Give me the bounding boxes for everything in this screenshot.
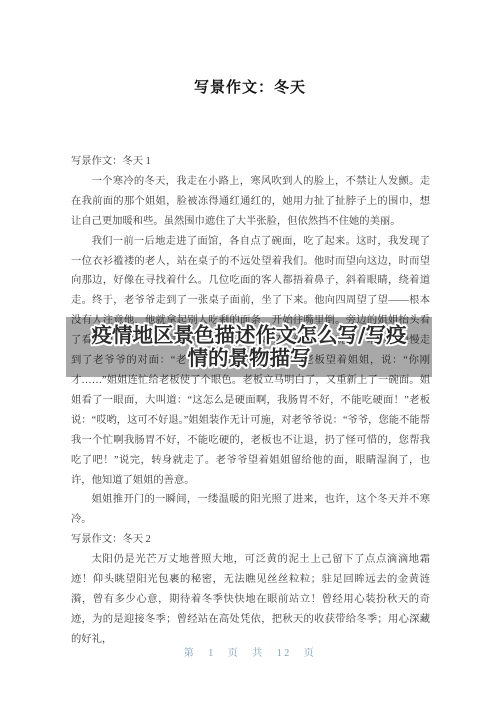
section-heading-1: 写景作文：冬天 1 xyxy=(71,152,430,172)
watermark-title-line1: 疫情地区景色描述作文怎么写/写疫 xyxy=(92,324,407,347)
paragraph: 姐姐推开门的一瞬间，一缕温暖的阳光照了进来，也许，这个冬天并不寒冷。 xyxy=(71,490,430,530)
document-body: 写景作文：冬天 1 一个寒冷的冬天，我走在小路上，寒风吹到人的脸上，不禁让人发颤… xyxy=(71,152,430,650)
page-number-indicator: 第 1 页 共 12 页 xyxy=(0,644,500,659)
watermark-title-line2: 情的景物描写 xyxy=(92,347,407,370)
section-heading-2: 写景作文：冬天 2 xyxy=(71,530,430,550)
paragraph: 太阳仍是光芒万丈地普照大地，可泛黄的泥土上己留下了点点滴滴地霜迹！仰头眺望阳光包… xyxy=(71,550,430,650)
watermark-overlay: 疫情地区景色描述作文怎么写/写疫 情的景物描写 xyxy=(66,317,432,377)
watermark-title: 疫情地区景色描述作文怎么写/写疫 情的景物描写 xyxy=(92,324,407,370)
page-title: 写景作文：冬天 xyxy=(0,76,500,97)
document-page: 写景作文：冬天 写景作文：冬天 1 一个寒冷的冬天，我走在小路上，寒风吹到人的脸… xyxy=(0,0,500,706)
paragraph: 一个寒冷的冬天，我走在小路上，寒风吹到人的脸上，不禁让人发颤。走在我前面的那个姐… xyxy=(71,172,430,232)
